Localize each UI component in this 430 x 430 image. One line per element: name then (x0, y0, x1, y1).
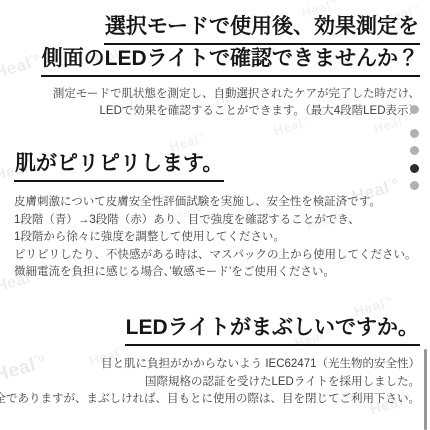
indicator-dot[interactable] (410, 129, 419, 138)
heading-line-1: 肌がピリピリします。 (14, 150, 224, 182)
answer-line: ピリピリしたり、不快感がある時は、マスパックの上から使用してください。 (14, 247, 390, 265)
faq-page: Heal°oHeal°oHeal°oHeal°oHeal°oHeal°oHeal… (0, 0, 430, 430)
faq-section-led-brightness: LEDライトがまぶしいですか。 目と肌に負担がかからないよう IEC62471（… (8, 314, 420, 409)
indicator-dot-active[interactable] (410, 164, 419, 173)
indicator-dot[interactable] (410, 146, 419, 155)
answer-line: LEDで効果を確認することができます。（最大4段階LED表示） (100, 103, 420, 120)
question-heading: 選択モードで使用後、効果測定を 側面のLEDライトで確認できませんか？ (8, 13, 420, 77)
question-heading: 肌がピリピリします。 (14, 150, 390, 182)
question-heading: LEDライトがまぶしいですか。 (8, 314, 420, 346)
answer-line: 1段階から徐々に強度を調整して使用してください。 (14, 229, 390, 247)
heading-line-1: 選択モードで使用後、効果測定を (104, 13, 420, 45)
indicator-dot[interactable] (410, 181, 419, 190)
answer-text: 測定モードで肌状態を測定し、自動選択されたケアが完了した時だけ、 LEDで効果を… (8, 86, 420, 119)
answer-line: 国際規格の認証を受けたLEDライトを採用しました。 (145, 374, 420, 392)
answer-line: 微細電流を負担に感じる場合、’敏感モード’をご使用ください。 (14, 264, 390, 282)
answer-line: 測定モードで肌状態を測定し、自動選択されたケアが完了した時だけ、 (53, 86, 420, 103)
answer-line: 安全でありますが、まぶしければ、目もとに使用の際は、目を閉じてご利用下さい。 (0, 391, 420, 409)
answer-line: 1段階（青）→3段階（赤）あり、目で強度を確認することができ、 (14, 212, 390, 230)
answer-text: 皮膚刺激について皮膚安全性評価試験を実施し、安全性を検証済です。 1段階（青）→… (14, 194, 390, 282)
answer-text: 目と肌に負担がかからないよう IEC62471（光生物的安全性） 国際規格の認証… (8, 356, 420, 409)
heading-line-1: LEDライトがまぶしいですか。 (125, 314, 420, 346)
indicator-dot[interactable] (410, 105, 419, 114)
answer-line: 目と肌に負担がかからないよう IEC62471（光生物的安全性） (101, 356, 420, 374)
heading-line-2: 側面のLEDライトで確認できませんか？ (41, 45, 420, 77)
page-indicator-dots (410, 0, 419, 430)
faq-section-skin-tingling: 肌がピリピリします。 皮膚刺激について皮膚安全性評価試験を実施し、安全性を検証済… (14, 150, 390, 282)
answer-line: 皮膚刺激について皮膚安全性評価試験を実施し、安全性を検証済です。 (14, 194, 390, 212)
faq-section-led-effect-check: 選択モードで使用後、効果測定を 側面のLEDライトで確認できませんか？ 測定モー… (8, 13, 420, 119)
scrollbar-thumb[interactable] (424, 349, 427, 430)
